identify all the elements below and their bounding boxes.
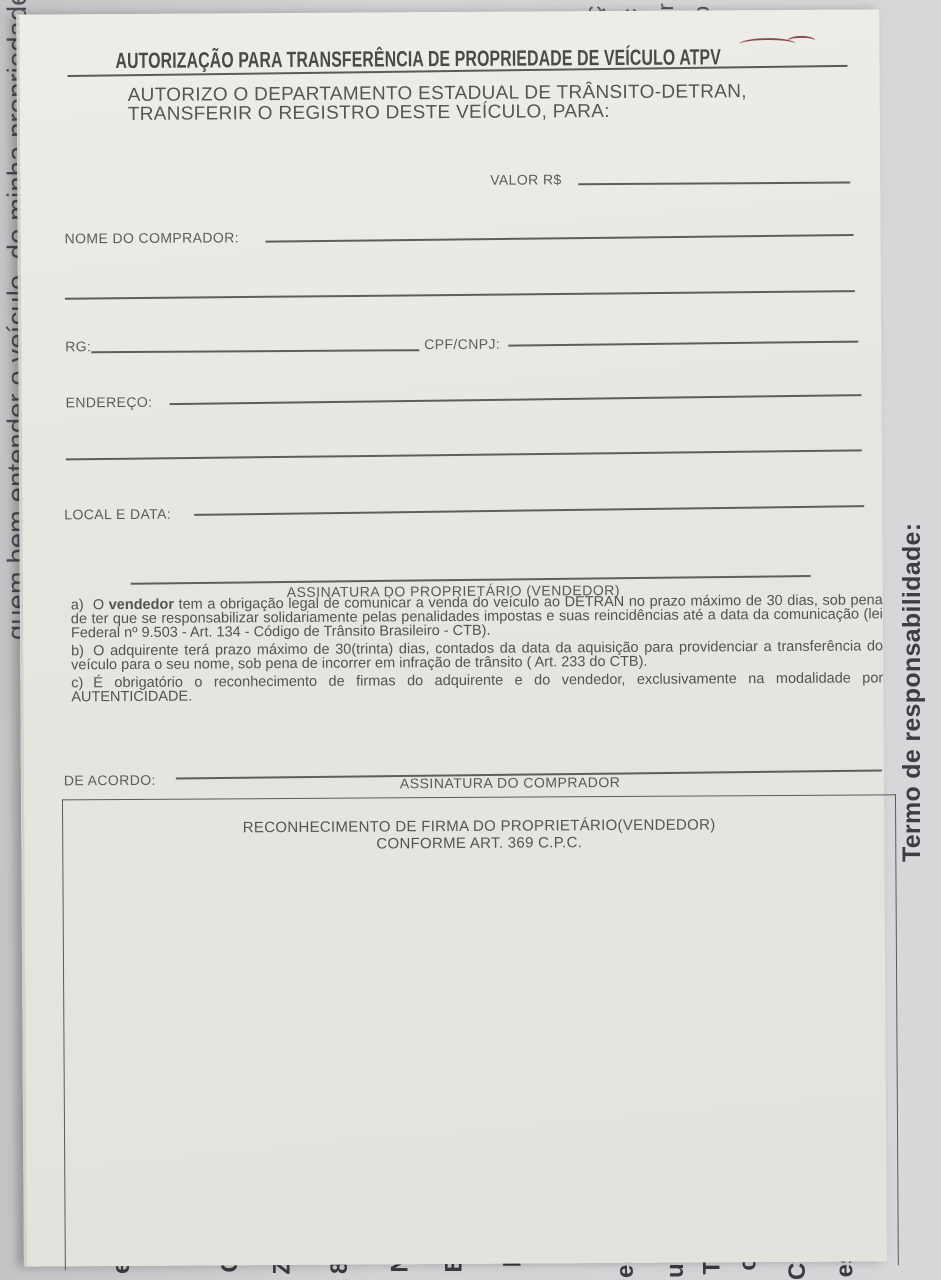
address-field[interactable] <box>170 394 862 405</box>
intro-line-2: TRANSFERIR O REGISTRO DESTE VEÍCULO, PAR… <box>128 101 747 124</box>
buyer-signature-caption: ASSINATURA DO COMPRADOR <box>400 774 621 791</box>
rg-field[interactable] <box>91 349 419 353</box>
ink-mark <box>787 36 815 46</box>
note-marker: a) <box>71 598 93 612</box>
intro-text: AUTORIZO O DEPARTAMENTO ESTADUAL DE TRÂN… <box>128 82 747 124</box>
place-date-field[interactable] <box>194 505 864 515</box>
place-date-label: LOCAL E DATA: <box>64 506 171 523</box>
valor-label: VALOR R$ <box>490 171 562 187</box>
note-c: c)É obrigatório o reconhecimento de firm… <box>71 671 883 704</box>
legal-notes: a)O vendedor tem a obrigação legal de co… <box>71 593 884 708</box>
note-text: É obrigatório o reconhecimento de firmas… <box>71 670 883 705</box>
note-b: b)O adquirente terá prazo máximo de 30(t… <box>71 639 883 672</box>
address-label: ENDEREÇO: <box>66 394 153 411</box>
note-text: O adquirente terá prazo máximo de 30(tri… <box>71 638 883 673</box>
note-marker: b) <box>71 644 93 658</box>
address-field-line-2[interactable] <box>66 449 862 460</box>
notary-recognition-box[interactable]: RECONHECIMENTO DE FIRMA DO PROPRIETÁRIO(… <box>62 794 899 1270</box>
atpv-form: AUTORIZAÇÃO PARA TRANSFERÊNCIA DE PROPRI… <box>16 9 887 1266</box>
cpf-cnpj-label: CPF/CNPJ: <box>424 336 500 352</box>
buyer-name-field-line-2[interactable] <box>65 290 855 299</box>
cpf-cnpj-field[interactable] <box>508 341 858 346</box>
background-right-margin-text: Termo de responsabilidade: <box>898 523 927 862</box>
note-text: tem a obrigação legal de comunicar a ven… <box>71 592 883 641</box>
note-a: a)O vendedor tem a obrigação legal de co… <box>71 593 883 640</box>
buyer-name-label: NOME DO COMPRADOR: <box>65 229 240 246</box>
buyer-name-field[interactable] <box>266 234 854 242</box>
rg-label: RG: <box>65 338 91 354</box>
agreement-label: DE ACORDO: <box>64 772 156 789</box>
notary-title: RECONHECIMENTO DE FIRMA DO PROPRIETÁRIO(… <box>63 815 895 854</box>
valor-field[interactable] <box>578 182 850 185</box>
note-marker: c) <box>71 676 93 690</box>
